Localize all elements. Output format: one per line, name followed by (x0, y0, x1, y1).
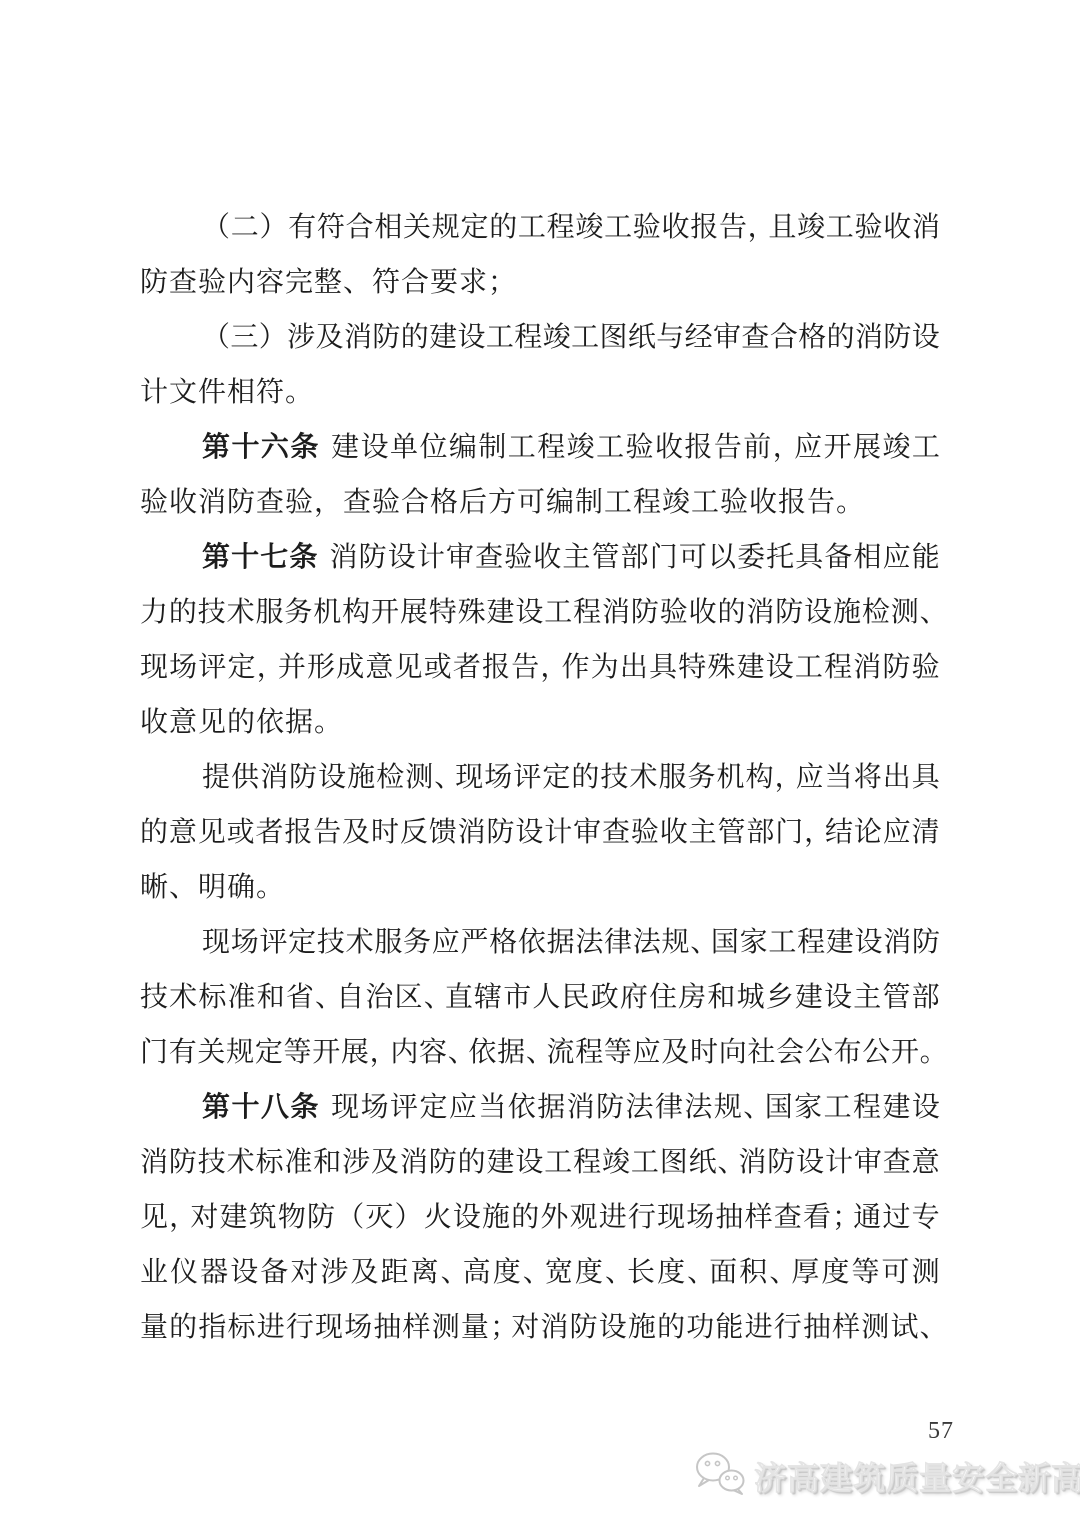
footer-watermark: 济高建筑质量安全新高地 (694, 1450, 1080, 1501)
text-line: 门有关规定等开展，内容、依据、流程等应及时向社会公布公开。 (140, 1025, 940, 1080)
text-line: 第十七条消防设计审查验收主管部门可以委托具备相应能 (140, 530, 940, 585)
document-body: （二）有符合相关规定的工程竣工验收报告，且竣工验收消防查验内容完整、符合要求；（… (140, 200, 940, 1355)
text-line: 验收消防查验，查验合格后方可编制工程竣工验收报告。 (140, 475, 940, 530)
text-line: 第十六条建设单位编制工程竣工验收报告前，应开展竣工 (140, 420, 940, 475)
text-line: 业仪器设备对涉及距离、高度、宽度、长度、面积、厚度等可测 (140, 1245, 940, 1300)
text-line: 的意见或者报告及时反馈消防设计审查验收主管部门，结论应清 (140, 805, 940, 860)
wechat-icon (694, 1450, 746, 1501)
text-line: 现场评定，并形成意见或者报告，作为出具特殊建设工程消防验 (140, 640, 940, 695)
text-line: 技术标准和省、自治区、直辖市人民政府住房和城乡建设主管部 (140, 970, 940, 1025)
text-line: 计文件相符。 (140, 365, 940, 420)
text-line: 量的指标进行现场抽样测量；对消防设施的功能进行抽样测试、 (140, 1300, 940, 1355)
text-line: 晰、明确。 (140, 860, 940, 915)
text-line: 现场评定技术服务应严格依据法律法规、国家工程建设消防 (140, 915, 940, 970)
text-line: 力的技术服务机构开展特殊建设工程消防验收的消防设施检测、 (140, 585, 940, 640)
text-line: （三）涉及消防的建设工程竣工图纸与经审查合格的消防设 (140, 310, 940, 365)
page-number: 57 (928, 1418, 954, 1445)
text-line: 防查验内容完整、符合要求； (140, 255, 940, 310)
text-line: 收意见的依据。 (140, 695, 940, 750)
text-line: 消防技术标准和涉及消防的建设工程竣工图纸、消防设计审查意 (140, 1135, 940, 1190)
text-line: （二）有符合相关规定的工程竣工验收报告，且竣工验收消 (140, 200, 940, 255)
text-line: 第十八条现场评定应当依据消防法律法规、国家工程建设 (140, 1080, 940, 1135)
text-line: 提供消防设施检测、现场评定的技术服务机构，应当将出具 (140, 750, 940, 805)
text-line: 见，对建筑物防（灭）火设施的外观进行现场抽样查看；通过专 (140, 1190, 940, 1245)
watermark-text: 济高建筑质量安全新高地 (754, 1453, 1080, 1499)
